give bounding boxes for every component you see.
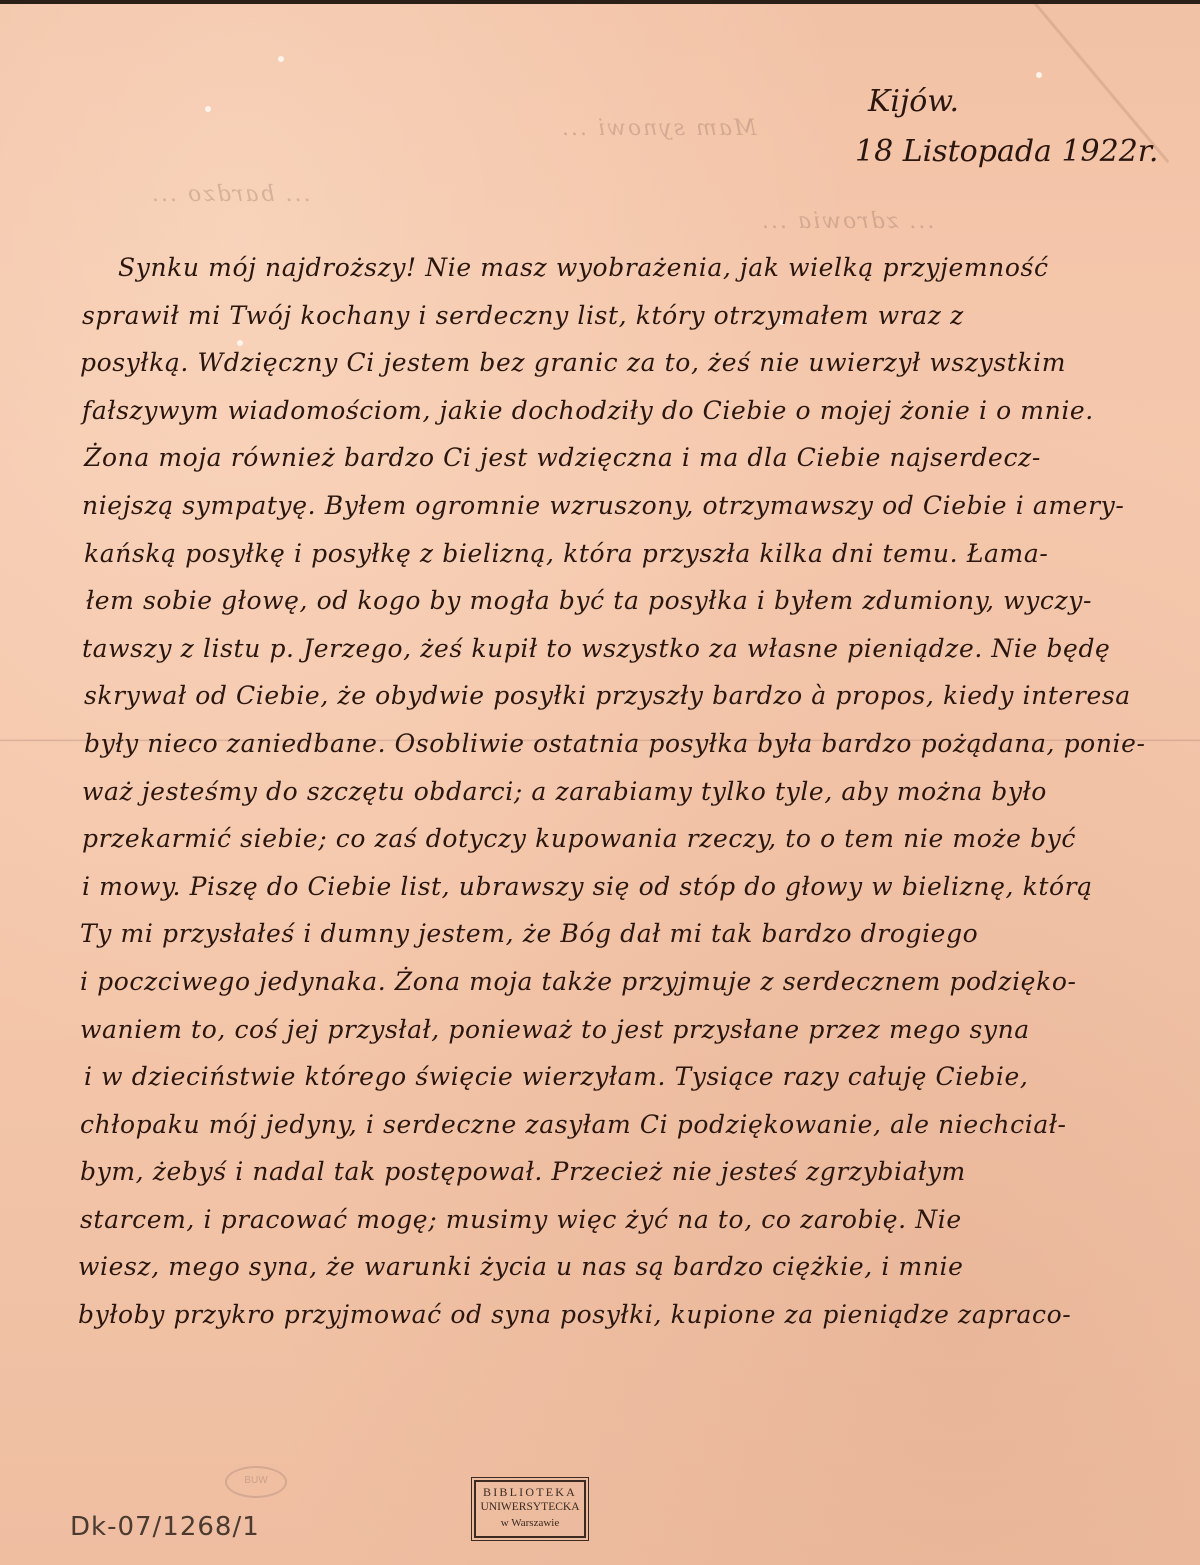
faint-oval-stamp: BUW xyxy=(225,1466,287,1498)
bleed-through-text: ... zdrowia ... xyxy=(760,209,934,234)
bleed-through-text: ... bardzo ... xyxy=(150,182,311,207)
letter-line: posyłką. Wdzięczny Ci jestem bez granic … xyxy=(62,339,1200,387)
letter-line: bym, żebyś i nadal tak postępował. Przec… xyxy=(62,1148,1200,1196)
letter-line: niejszą sympatyę. Byłem ogromnie wzruszo… xyxy=(62,482,1200,530)
letter-line: starcem, i pracować mogę; musimy więc ży… xyxy=(62,1196,1200,1244)
letter-line: waż jesteśmy do szczętu obdarci; a zarab… xyxy=(62,768,1200,816)
library-stamp: BIBLIOTEKA UNIWERSYTECKA w Warszawie xyxy=(474,1480,586,1538)
paper-speck xyxy=(278,56,284,62)
letter-place: Kijów. xyxy=(868,84,959,119)
paper-speck xyxy=(205,106,211,112)
letter-line: i mowy. Piszę do Ciebie list, ubrawszy s… xyxy=(62,863,1200,911)
letter-line: kańską posyłkę i posyłkę z bielizną, któ… xyxy=(62,530,1200,578)
letter-line: i poczciwego jedynaka. Żona moja także p… xyxy=(62,958,1200,1006)
bleed-through-text: Mam synowi ... xyxy=(560,116,756,141)
letter-line: fałszywym wiadomościom, jakie dochodziły… xyxy=(62,387,1200,435)
letter-line: waniem to, coś jej przysłał, ponieważ to… xyxy=(62,1006,1200,1054)
stamp-line: BIBLIOTEKA xyxy=(476,1485,584,1500)
letter-line: byłoby przykro przyjmować od syna posyłk… xyxy=(62,1291,1200,1339)
letter-line: i w dzieciństwie którego święcie wierzył… xyxy=(62,1053,1200,1101)
letter-line: wiesz, mego syna, że warunki życia u nas… xyxy=(62,1243,1200,1291)
letter-line: skrywał od Ciebie, że obydwie posyłki pr… xyxy=(62,672,1200,720)
letter-line: sprawił mi Twój kochany i serdeczny list… xyxy=(62,292,1200,340)
letter-date: 18 Listopada 1922r. xyxy=(855,134,1158,169)
paper-speck xyxy=(1036,72,1042,78)
letter-line: Ty mi przysłałeś i dumny jestem, że Bóg … xyxy=(62,910,1200,958)
letter-body: Synku mój najdroższy! Nie masz wyobrażen… xyxy=(62,244,1200,1339)
letter-line: przekarmić siebie; co zaś dotyczy kupowa… xyxy=(62,815,1200,863)
letter-line: Żona moja również bardzo Ci jest wdzięcz… xyxy=(62,434,1200,482)
stamp-line: UNIWERSYTECKA xyxy=(476,1500,584,1515)
letter-line: chłopaku mój jedyny, i serdeczne zasyłam… xyxy=(62,1101,1200,1149)
letter-page: Mam synowi ... ... bardzo ... ... zdrowi… xyxy=(0,4,1200,1565)
letter-line: łem sobie głowę, od kogo by mogła być ta… xyxy=(62,577,1200,625)
letter-line: tawszy z listu p. Jerzego, żeś kupił to … xyxy=(62,625,1200,673)
letter-line: były nieco zaniedbane. Osobliwie ostatni… xyxy=(62,720,1200,768)
call-number: Dk-07/1268/1 xyxy=(70,1512,260,1542)
stamp-line: w Warszawie xyxy=(476,1515,584,1531)
letter-line: Synku mój najdroższy! Nie masz wyobrażen… xyxy=(62,244,1200,292)
